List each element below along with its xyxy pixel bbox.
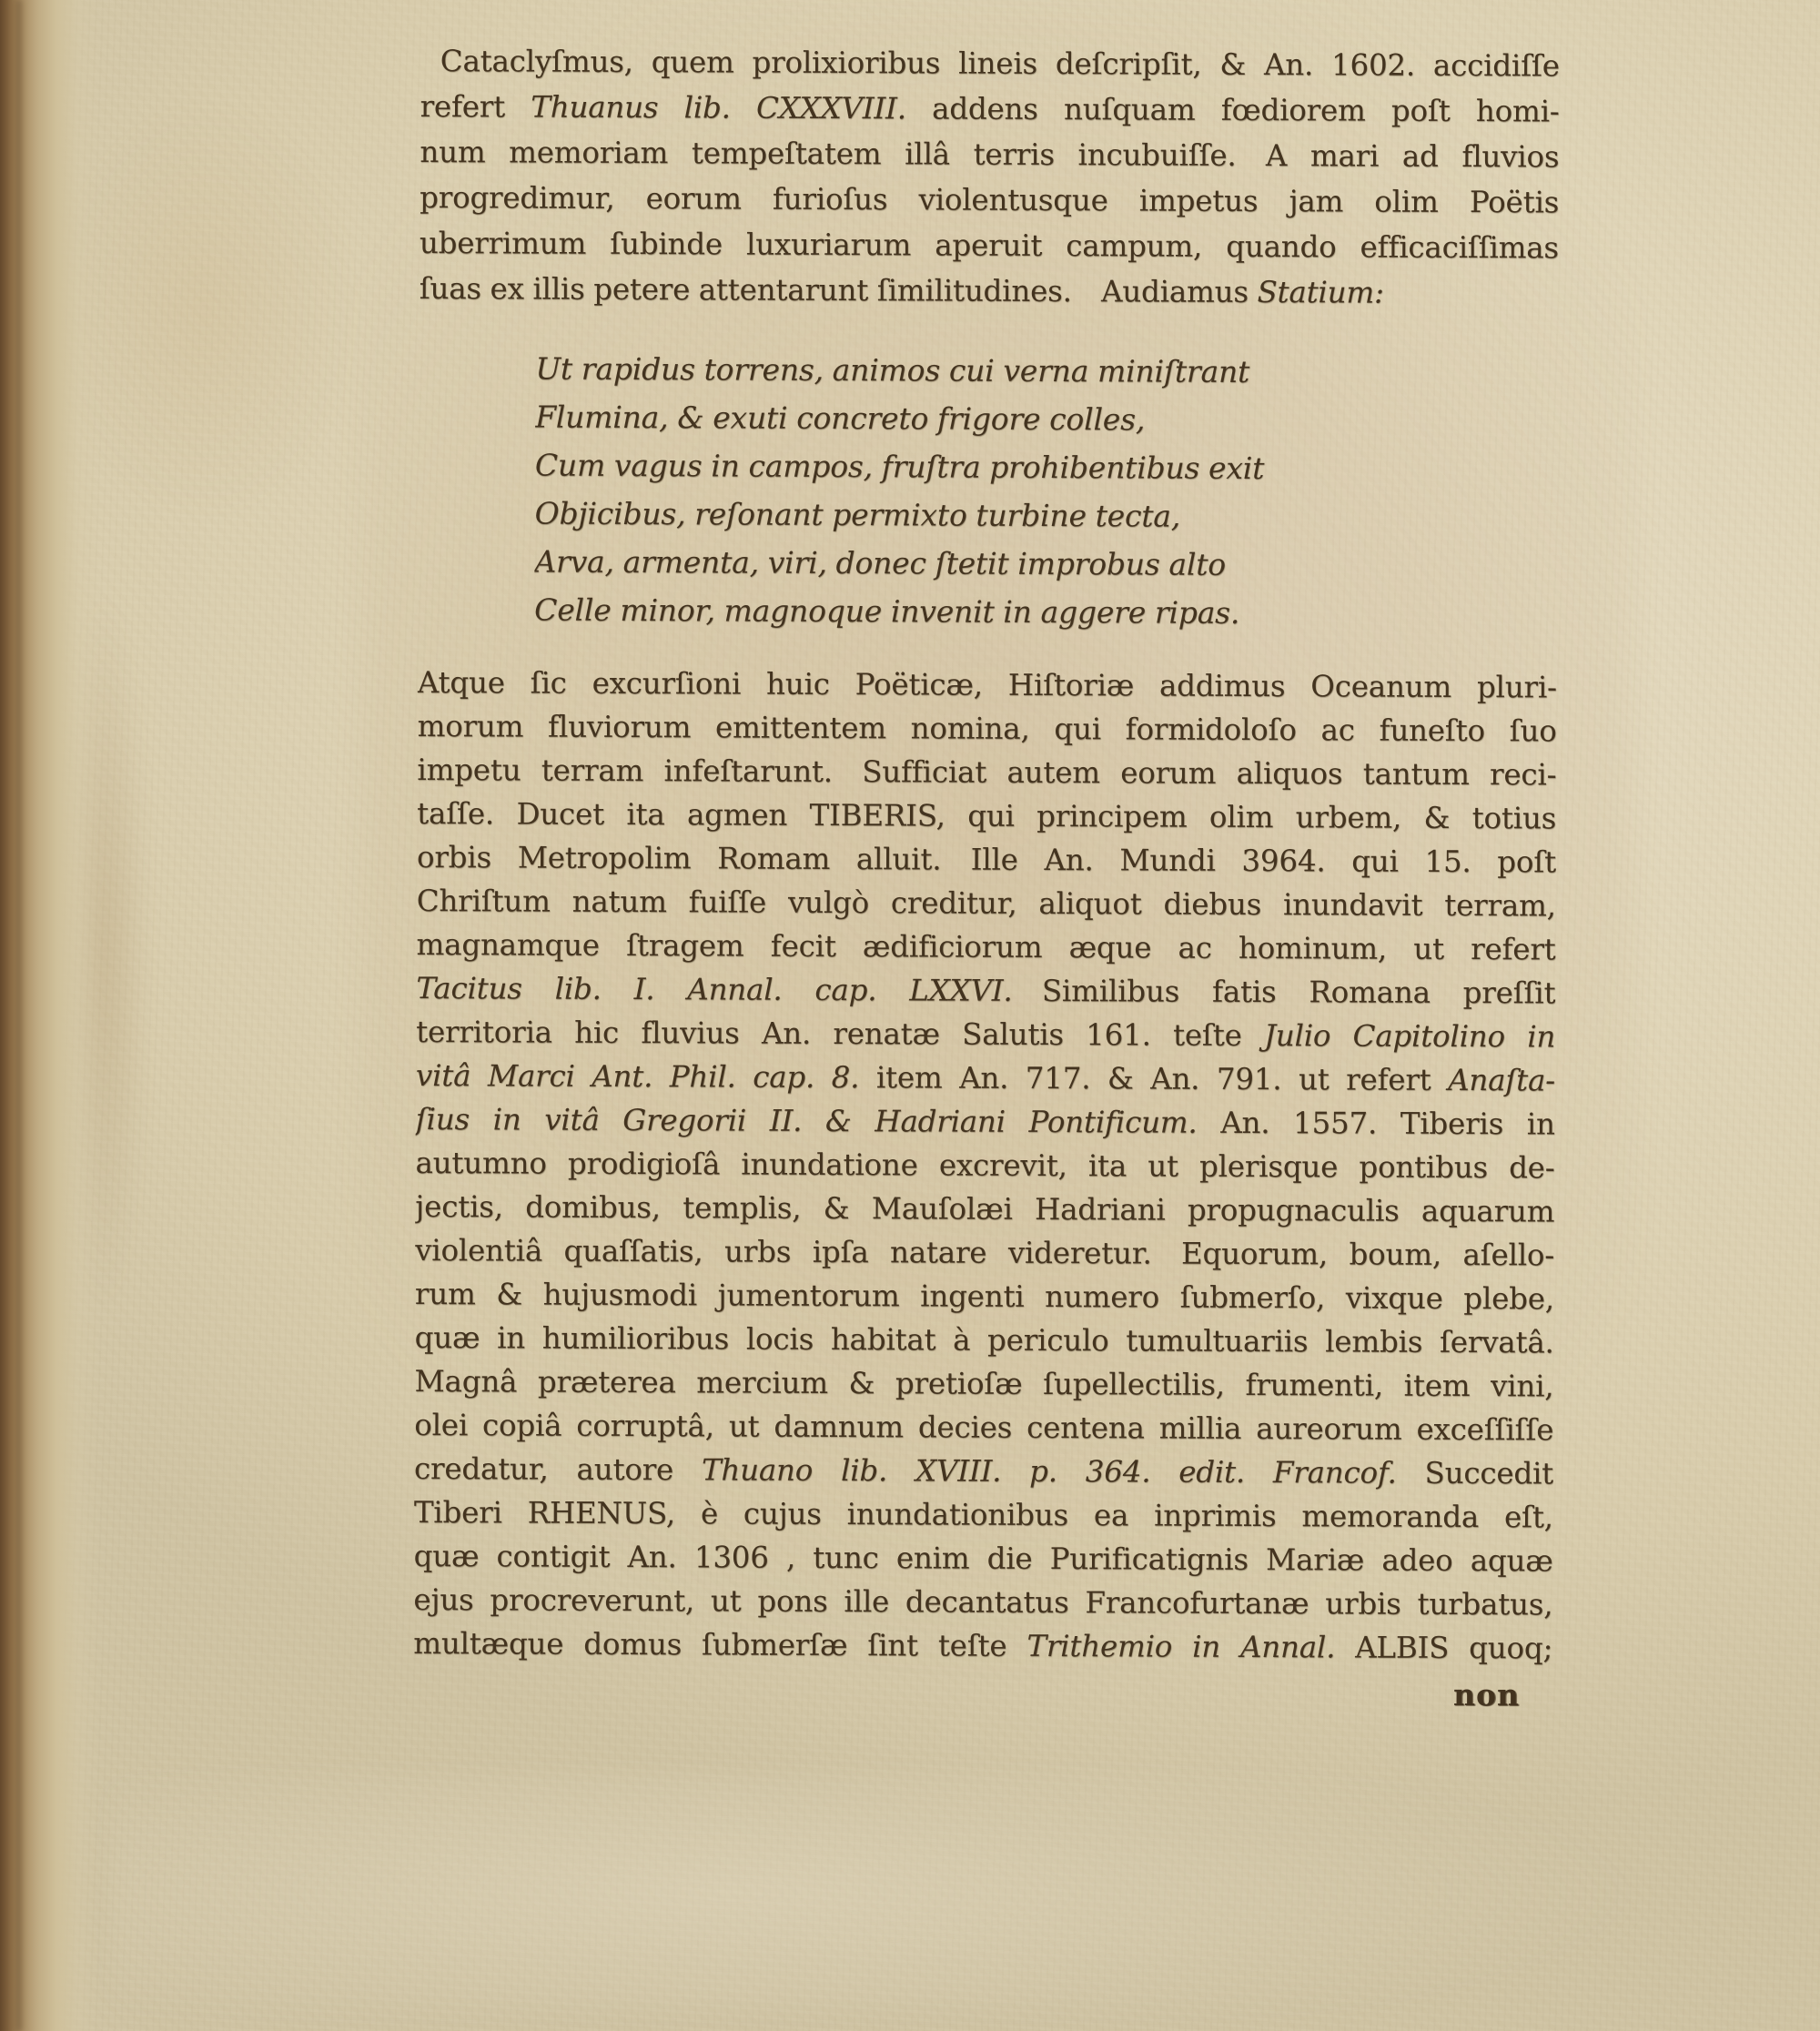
text-line: multæque domus ſubmerſæ ſint teſte Trith… (413, 1622, 1552, 1670)
text-line: credatur, autore Thuano lib. XVIII. p. 3… (414, 1447, 1553, 1495)
text-line: Objicibus, reſonant permixto turbine tec… (535, 490, 1558, 542)
text-line: Ut rapidus torrens, animos cui verna min… (535, 345, 1558, 398)
text-line: quæ in humilioribus locis habitat à peri… (415, 1316, 1554, 1364)
text-line: ejus procreverunt, ut pons ille decantat… (413, 1578, 1552, 1626)
printed-text-column: Cataclyſmus, quem prolixioribus lineis d… (413, 27, 1560, 1713)
binding-shadow (16, 0, 25, 2031)
text-line: Cataclyſmus, quem prolixioribus lineis d… (420, 38, 1560, 88)
text-line: progredimur, eorum furioſus violentusque… (420, 175, 1559, 225)
text-line: vitâ Marci Ant. Phil. cap. 8. item An. 7… (416, 1054, 1555, 1102)
text-line: Celle minor, magnoque invenit in aggere … (534, 586, 1557, 639)
text-line: Magnâ præterea mercium & pretioſæ ſupell… (414, 1359, 1553, 1408)
text-line: jectis, domibus, templis, & Mauſolæi Had… (415, 1185, 1554, 1233)
statius-verse-quote: Ut rapidus torrens, animos cui verna min… (534, 345, 1558, 639)
text-line: Atque ſic excurſioni huic Poëticæ, Hiſto… (418, 661, 1557, 709)
text-line: uberrimum ſubinde luxuriarum aperuit cam… (420, 220, 1559, 270)
text-line: magnamque ſtragem fecit ædificiorum æque… (416, 923, 1555, 971)
text-line: num memoriam tempeſtatem illâ terris inc… (420, 129, 1559, 179)
text-line: rum & hujusmodi jumentorum ingenti numer… (415, 1272, 1554, 1320)
paper-stain (109, 1774, 1656, 2011)
text-line: Tiberi RHENUS, è cujus inundationibus ea… (414, 1490, 1553, 1539)
text-line: taſſe. Ducet ita agmen TIBERIS, qui prin… (417, 792, 1556, 840)
text-line: olei copiâ corruptâ, ut damnum decies ce… (414, 1403, 1553, 1451)
book-page-scan: Cataclyſmus, quem prolixioribus lineis d… (0, 0, 1820, 2031)
text-line: refert Thuanus lib. CXXXVIII. addens nuſ… (420, 84, 1560, 134)
text-line: territoria hic fluvius An. renatæ Saluti… (416, 1010, 1555, 1058)
text-line: ſuas ex illis petere attentarunt ſimilit… (420, 266, 1559, 316)
text-line: autumno prodigioſâ inundatione excrevit,… (415, 1141, 1554, 1189)
text-line: impetu terram infeſtarunt. Sufficiat aut… (417, 748, 1556, 796)
catchword: non (413, 1672, 1552, 1713)
binding-edge (0, 0, 100, 2031)
text-line: morum fluviorum emittentem nomina, qui f… (418, 704, 1557, 753)
text-line: orbis Metropolim Romam alluit. Ille An. … (417, 835, 1556, 884)
text-line: Chriſtum natum fuiſſe vulgò creditur, al… (417, 879, 1556, 927)
text-line: quæ contigit An. 1306 , tunc enim die Pu… (414, 1534, 1553, 1582)
text-line: violentiâ quaſſatis, urbs ipſa natare vi… (415, 1228, 1554, 1277)
text-line: Cum vagus in campos, fruſtra prohibentib… (535, 441, 1558, 494)
main-paragraph: Atque ſic excurſioni huic Poëticæ, Hiſto… (413, 661, 1557, 1670)
text-line: ſius in vitâ Gregorii II. & Hadriani Pon… (416, 1097, 1555, 1146)
text-line: Flumina, & exuti concreto frigore colles… (535, 393, 1558, 446)
text-line: Arva, armenta, viri, donec ſtetit improb… (534, 538, 1557, 591)
opening-paragraph: Cataclyſmus, quem prolixioribus lineis d… (420, 38, 1560, 316)
text-line: Tacitus lib. I. Annal. cap. LXXVI. Simil… (416, 966, 1555, 1015)
